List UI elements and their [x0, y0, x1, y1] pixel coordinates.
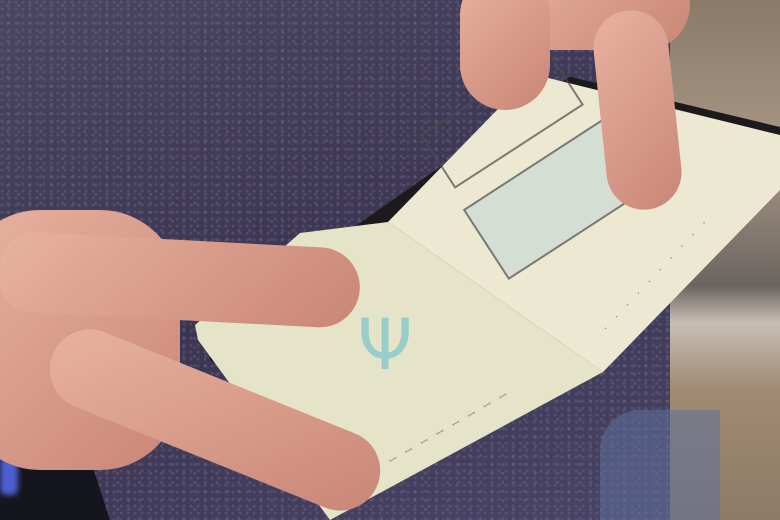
right-thumb	[460, 0, 550, 110]
photo-scene: Ψ ꟷ ꟷ ꟷ ꟷ ꟷ ꟷ ꟷ ꟷ · · · · · · · · · · Cl…	[0, 0, 780, 520]
jeans	[600, 410, 720, 520]
trident-watermark-icon: Ψ	[340, 305, 430, 385]
